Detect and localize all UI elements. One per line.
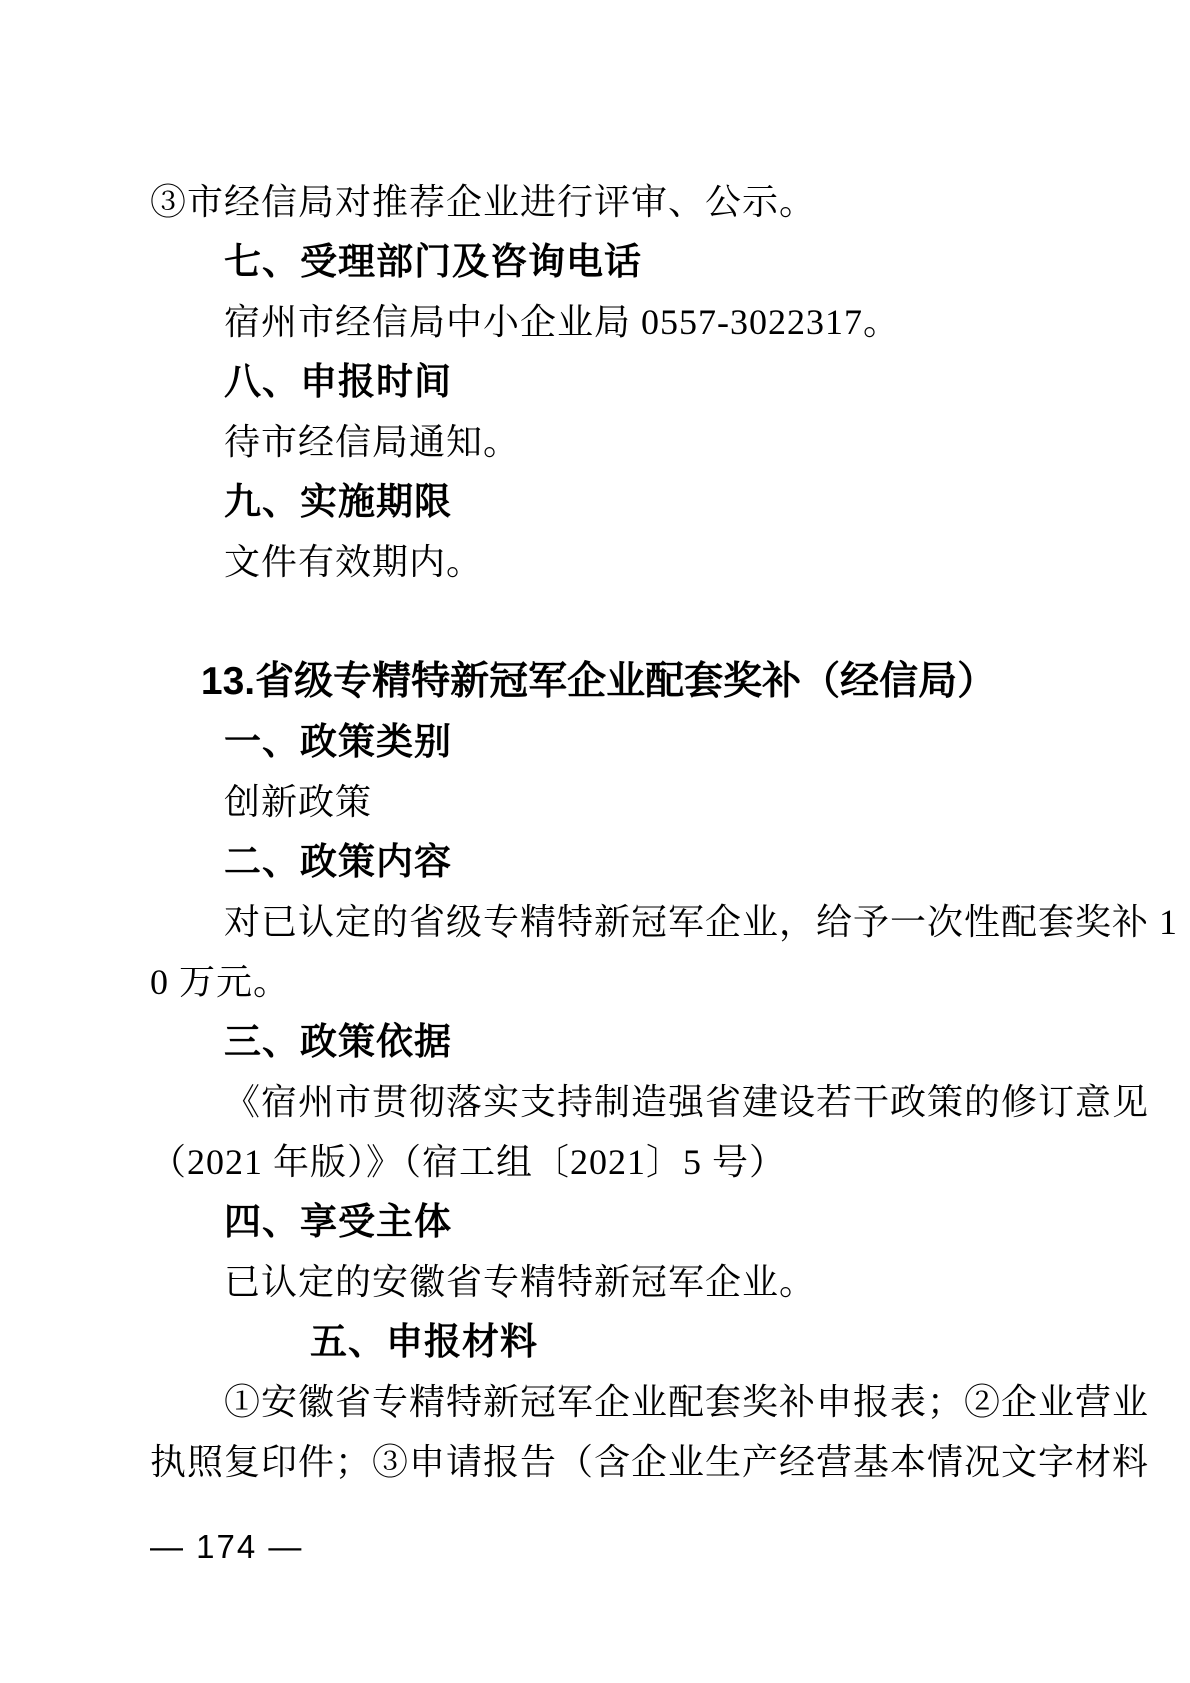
document-body: ③市经信局对推荐企业进行评审、公示。 七、受理部门及咨询电话 宿州市经信局中小企…	[150, 172, 1047, 1492]
section-heading: 三、政策依据	[150, 1012, 1047, 1072]
paragraph-line: 已认定的安徽省专精特新冠军企业。	[150, 1252, 1047, 1312]
paragraph-line: （2021 年版）》（宿工组〔2021〕5 号）	[150, 1132, 1047, 1192]
paragraph-line: 宿州市经信局中小企业局 0557-3022317。	[150, 292, 1047, 352]
section-heading: 二、政策内容	[150, 832, 1047, 892]
paragraph-line: 对已认定的省级专精特新冠军企业，给予一次性配套奖补 1	[150, 892, 1047, 952]
document-page: ③市经信局对推荐企业进行评审、公示。 七、受理部门及咨询电话 宿州市经信局中小企…	[0, 0, 1190, 1683]
paragraph-line: ①安徽省专精特新冠军企业配套奖补申报表；②企业营业	[150, 1372, 1047, 1432]
section-heading: 九、实施期限	[150, 472, 1047, 532]
section-heading: 七、受理部门及咨询电话	[150, 232, 1047, 292]
paragraph-line: 执照复印件；③申请报告（含企业生产经营基本情况文字材料	[150, 1432, 1047, 1492]
chapter-title: 13.省级专精特新冠军企业配套奖补（经信局）	[150, 652, 1047, 712]
paragraph-line: 文件有效期内。	[150, 532, 1047, 592]
paragraph-line: ③市经信局对推荐企业进行评审、公示。	[150, 172, 1047, 232]
blank-line	[150, 592, 1047, 652]
section-heading: 五、申报材料	[150, 1312, 1047, 1372]
paragraph-line: 待市经信局通知。	[150, 412, 1047, 472]
section-heading: 一、政策类别	[150, 712, 1047, 772]
section-heading: 四、享受主体	[150, 1192, 1047, 1252]
paragraph-line: 0 万元。	[150, 952, 1047, 1012]
page-number: — 174 —	[150, 1522, 303, 1572]
paragraph-line: 创新政策	[150, 772, 1047, 832]
section-heading: 八、申报时间	[150, 352, 1047, 412]
paragraph-line: 《宿州市贯彻落实支持制造强省建设若干政策的修订意见	[150, 1072, 1047, 1132]
